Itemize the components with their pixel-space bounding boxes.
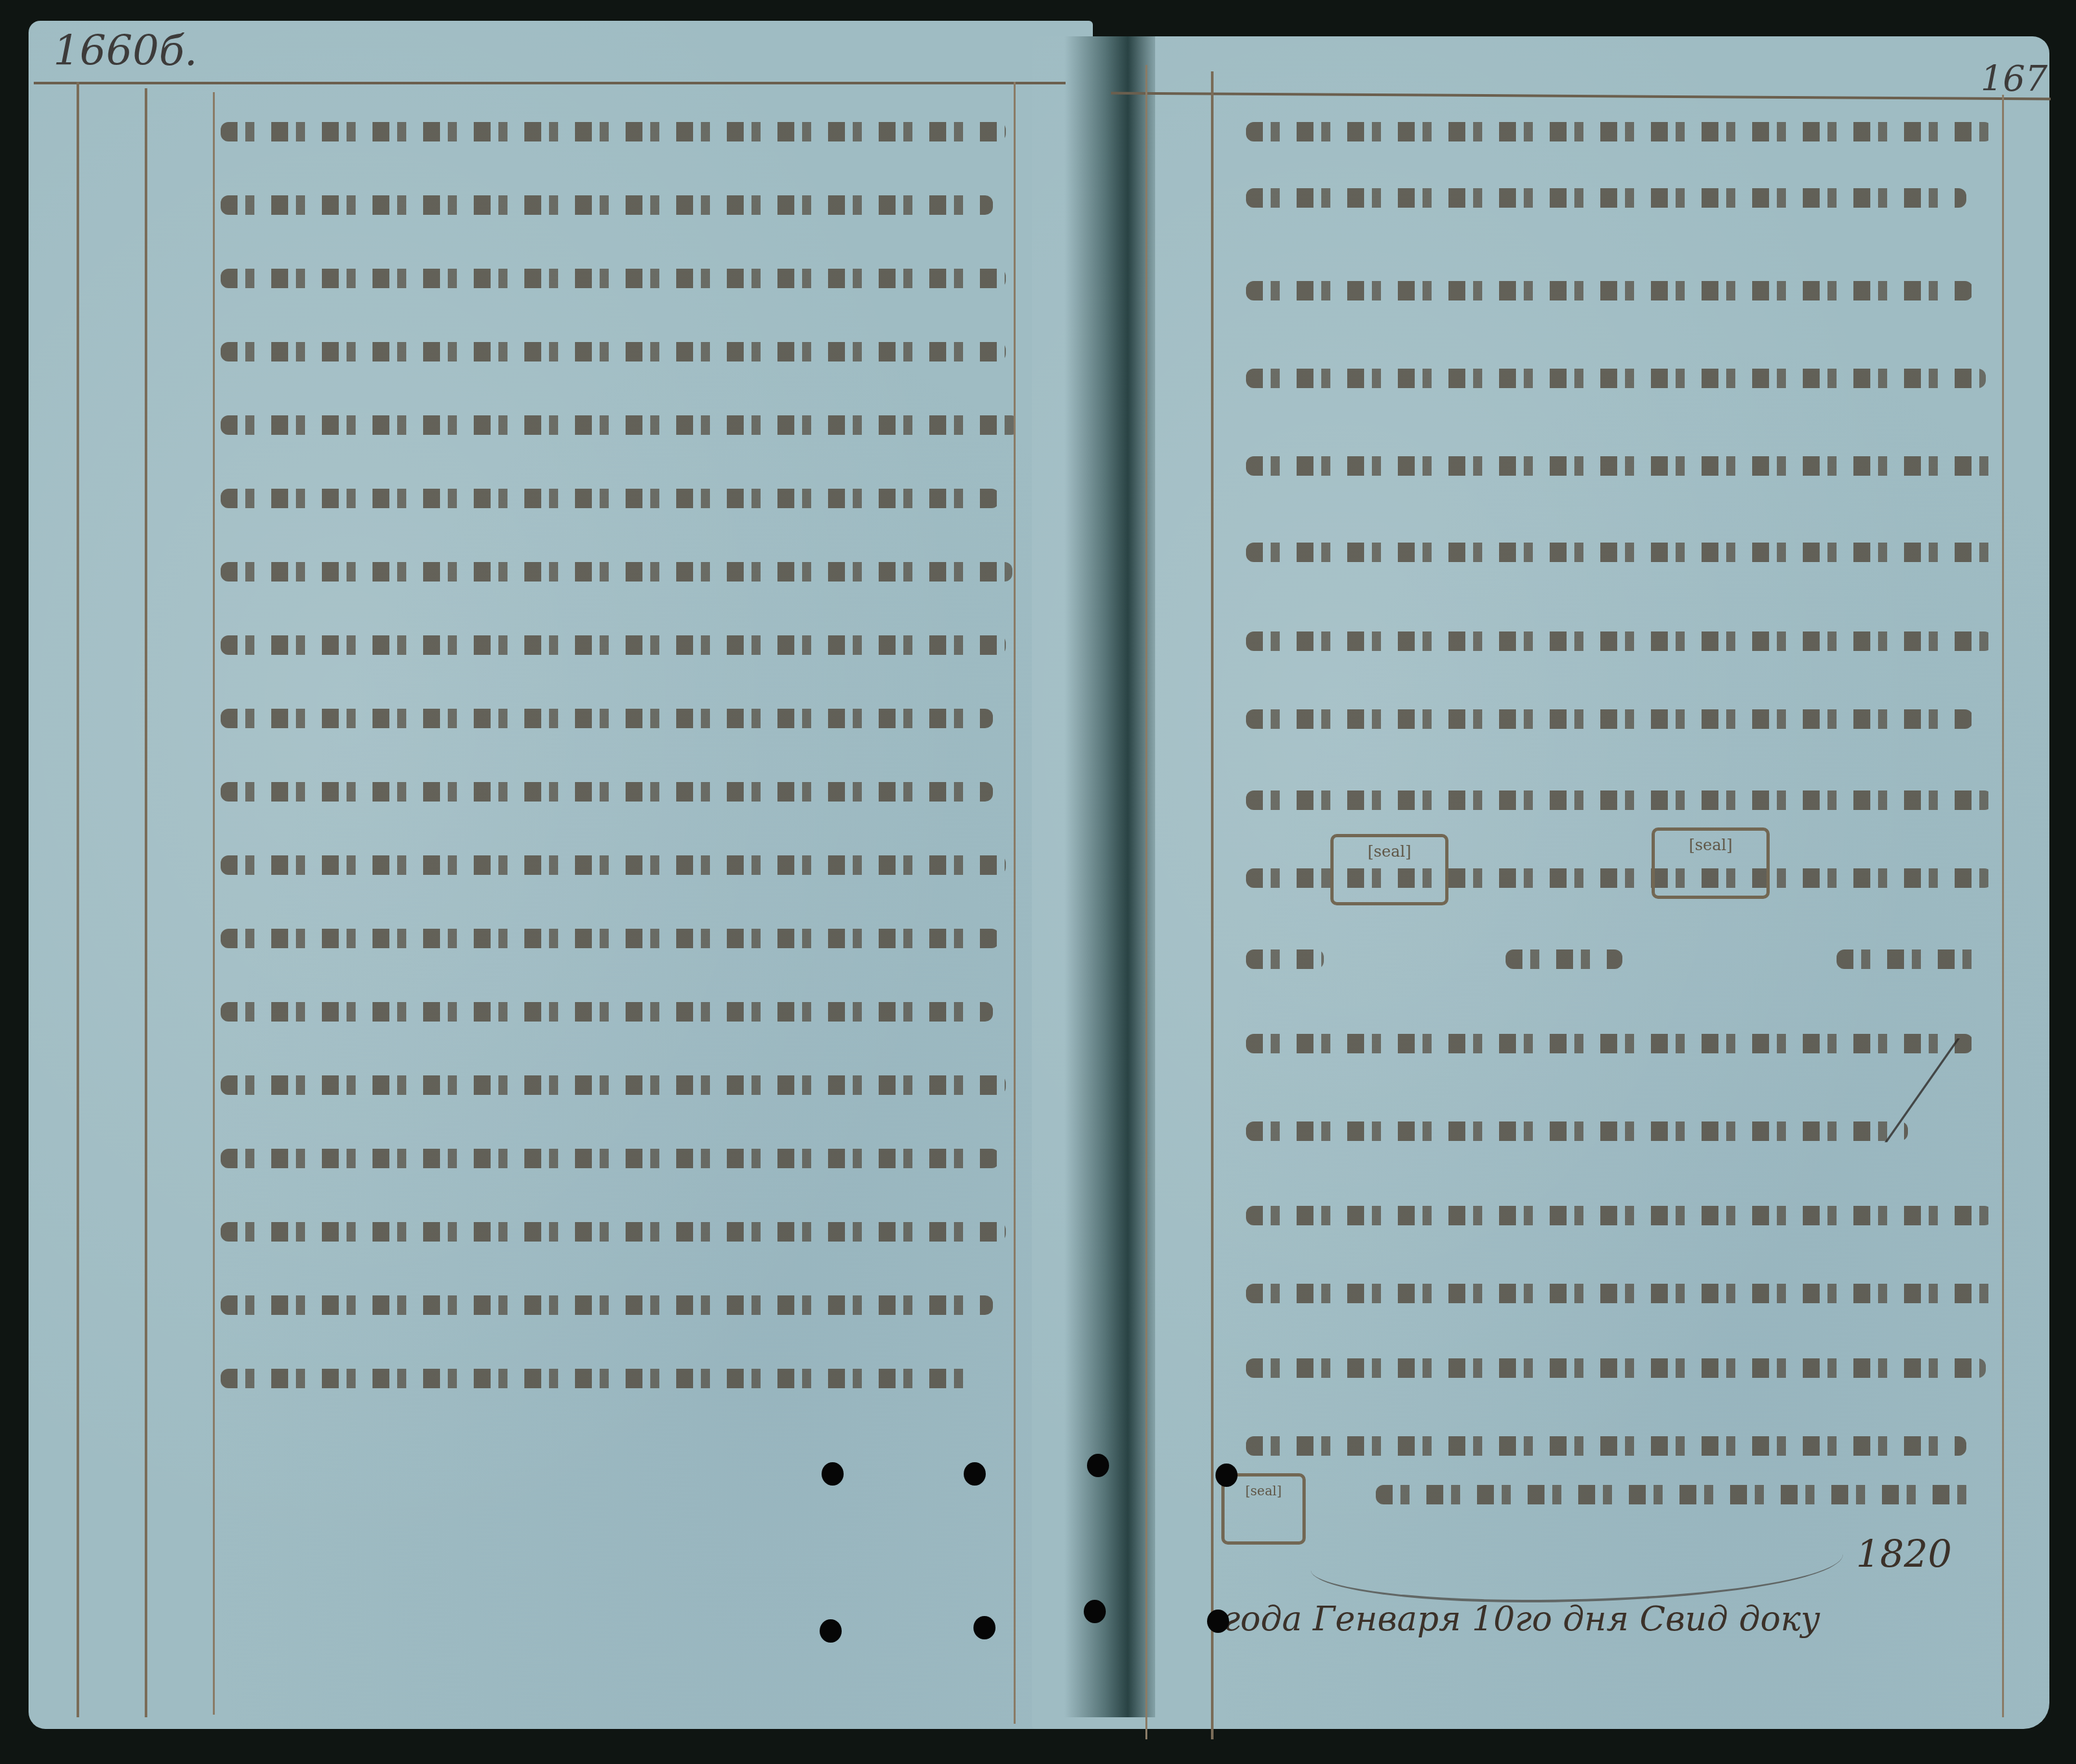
text-line: [Georgian cursive line 5] <box>1246 438 1999 485</box>
left-margin-rule-2 <box>145 88 147 1717</box>
left-header-rule <box>34 82 1066 84</box>
text-line: [Georgian cursive line 15] <box>221 1131 999 1177</box>
text-line: [Georgian cursive line 8] <box>221 617 1006 664</box>
text-line: [Georgian cursive line 14] <box>221 1057 1006 1104</box>
right-folio-number: 167 <box>1981 58 2047 99</box>
book-gutter <box>1064 36 1155 1717</box>
closing-line: года Генваря 10го дня Свид доку <box>1223 1600 1820 1639</box>
text-line: [Georgian cursive line 17] <box>1246 1418 1966 1465</box>
text-line: [Georgian cursive line 12] <box>1246 1016 1973 1062</box>
text-line: [Georgian cursive line 18] <box>221 1351 973 1397</box>
binding-hole <box>973 1616 995 1639</box>
binding-hole <box>822 1462 844 1486</box>
seal-stamp: [seal] <box>1652 827 1770 899</box>
text-fragment <box>1506 931 1622 978</box>
left-margin-rule-1 <box>77 82 79 1717</box>
binding-hole <box>1087 1454 1109 1477</box>
text-fragment <box>1837 931 1986 978</box>
text-line: [Georgian cursive line 14] <box>1246 1188 1992 1234</box>
text-line: [Georgian cursive line 6] <box>221 471 999 517</box>
text-line: [Georgian cursive line 1] <box>221 104 1006 151</box>
text-line: [Georgian cursive line 13] <box>221 984 993 1031</box>
binding-hole <box>1215 1464 1238 1487</box>
text-line: [Georgian cursive line 4] <box>1246 350 1986 397</box>
seal-stamp: [seal] <box>1221 1473 1306 1545</box>
text-line: [Georgian cursive line 3] <box>221 251 1006 297</box>
right-margin-rule-2 <box>1211 71 1214 1739</box>
left-text-rule <box>213 92 215 1715</box>
text-line: [Georgian cursive line 5] <box>221 397 1019 444</box>
binding-hole <box>1207 1610 1229 1633</box>
seal-stamp: [seal] <box>1330 834 1448 905</box>
text-line: [Georgian cursive line 17] <box>221 1277 993 1324</box>
text-line: [Georgian cursive line 7] <box>221 544 1012 591</box>
text-line: [Georgian cursive line 9] <box>221 691 993 737</box>
binding-hole <box>964 1462 986 1486</box>
text-line: [Georgian cursive line 8] <box>1246 691 1973 738</box>
text-line: [Georgian cursive line 16] <box>221 1204 1006 1251</box>
binding-hole <box>1084 1600 1106 1623</box>
left-right-rule <box>1014 82 1016 1724</box>
text-line: [Georgian cursive line 4] <box>221 324 1006 371</box>
text-line: [Georgian cursive line 6] <box>1246 524 1999 571</box>
text-line: [Georgian cursive line 13] <box>1246 1103 1908 1150</box>
text-line: [Georgian cursive line 2] <box>1246 170 1966 217</box>
text-line: [Georgian cursive line 2] <box>221 177 993 224</box>
text-line: [Georgian cursive line 12] <box>221 911 999 957</box>
right-right-rule <box>2002 95 2004 1717</box>
text-line: [Georgian cursive line 9] <box>1246 772 1992 819</box>
text-fragment <box>1246 931 1324 978</box>
left-folio-number: 1660б. <box>53 27 197 75</box>
right-margin-rule-1 <box>1145 65 1147 1739</box>
text-line: [Georgian cursive line 10] <box>221 764 993 811</box>
text-line: [Georgian cursive line 16] <box>1246 1340 1986 1387</box>
text-line: [Georgian cursive line 18 with boxed sea… <box>1376 1467 1973 1513</box>
text-line: [Georgian cursive line 1] <box>1246 104 1992 151</box>
text-line: [Georgian cursive line 3] <box>1246 263 1973 310</box>
binding-hole <box>820 1619 842 1643</box>
text-line: [Georgian cursive line 7] <box>1246 613 1992 660</box>
text-line: [Georgian cursive line 15] <box>1246 1266 1999 1312</box>
text-line: [Georgian cursive line 11] <box>221 837 1006 884</box>
year-text: 1820 <box>1856 1532 1952 1576</box>
